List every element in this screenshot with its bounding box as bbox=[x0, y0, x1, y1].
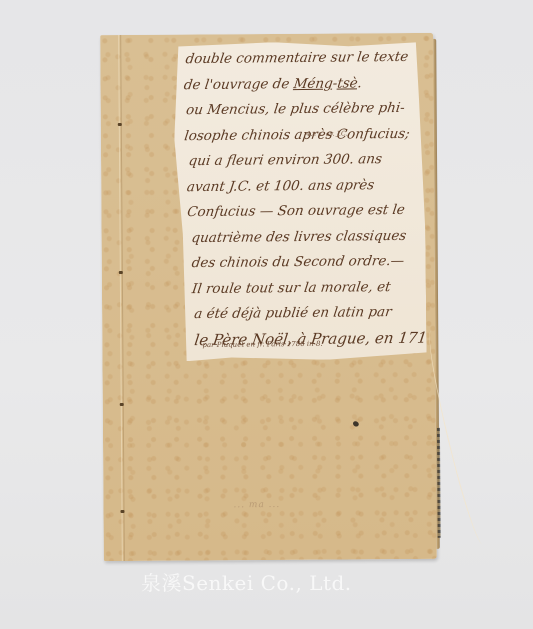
cover-crease bbox=[420, 328, 493, 546]
note-line: quatrième des livres classiques bbox=[190, 223, 421, 251]
note-line: double commentaire sur le texte bbox=[184, 45, 419, 73]
binding-stitch bbox=[120, 510, 124, 513]
note-footnote: par Pluquet en fr. Paris 1786 in-8. bbox=[202, 340, 322, 349]
handwritten-note: double commentaire sur le texte de l'ouv… bbox=[173, 41, 426, 362]
note-line: de l'ouvrage de Méng-tsè. bbox=[182, 70, 419, 98]
note-text: double commentaire sur le texte de l'ouv… bbox=[183, 45, 420, 353]
underlined-word: tsè bbox=[336, 75, 358, 91]
note-line: qui a fleuri environ 300. ans bbox=[187, 147, 420, 175]
note-line: Il roule tout sur la morale, et bbox=[190, 274, 421, 302]
note-line: ou Mencius, le plus célèbre phi- bbox=[184, 96, 419, 124]
binding-stitch bbox=[118, 123, 122, 126]
note-line: a été déjà publié en latin par bbox=[193, 300, 422, 328]
underlined-word: Méng bbox=[293, 75, 334, 91]
interlinear-note: 4.e s. av. J.C. bbox=[306, 129, 348, 137]
note-line: Confucius — Son ouvrage est le bbox=[185, 198, 420, 226]
note-line: losophe chinois après Confucius; bbox=[183, 121, 420, 149]
watermark: 泉溪Senkei Co., Ltd. bbox=[141, 567, 352, 596]
ink-spot bbox=[352, 420, 360, 427]
photo-scene: ... ma ... double commentaire sur le tex… bbox=[0, 0, 533, 629]
note-line: des chinois du Second ordre.— bbox=[190, 249, 421, 277]
binding-stitch bbox=[120, 403, 124, 406]
book-page-edge-dark bbox=[437, 428, 441, 538]
binding-stitch bbox=[119, 271, 123, 274]
faint-inscription: ... ma ... bbox=[233, 500, 280, 510]
note-line: avant J.C. et 100. ans après bbox=[185, 172, 420, 200]
